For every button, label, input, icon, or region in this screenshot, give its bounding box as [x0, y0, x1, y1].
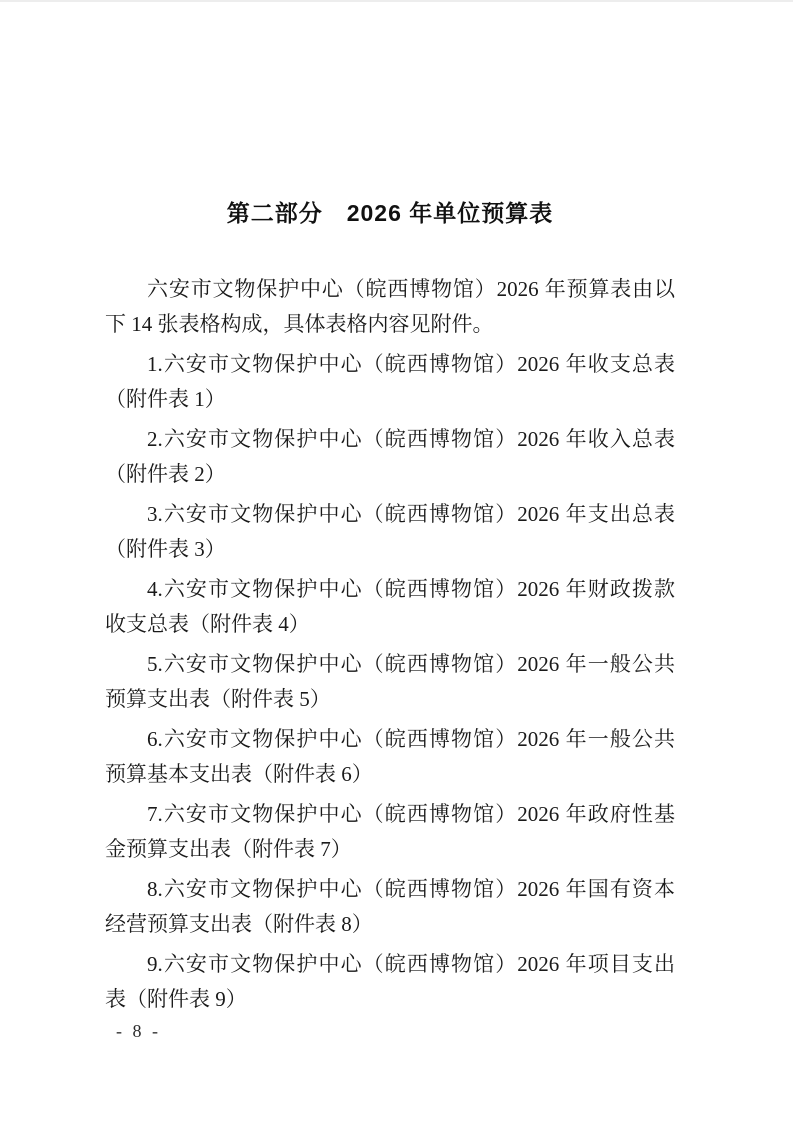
text-line: 表（附件表 9） — [105, 982, 675, 1017]
text-line: 预算支出表（附件表 5） — [105, 682, 675, 717]
text-line: 1.六安市文物保护中心（皖西博物馆）2026 年收支总表 — [105, 347, 675, 382]
list-item-8: 8.六安市文物保护中心（皖西博物馆）2026 年国有资本 经营预算支出表（附件表… — [105, 872, 675, 942]
list-item-3: 3.六安市文物保护中心（皖西博物馆）2026 年支出总表 （附件表 3） — [105, 497, 675, 567]
text-line: 下 14 张表格构成，具体表格内容见附件。 — [105, 307, 675, 342]
text-line: 6.六安市文物保护中心（皖西博物馆）2026 年一般公共 — [105, 722, 675, 757]
page-content: 第二部分 2026 年单位预算表 六安市文物保护中心（皖西博物馆）2026 年预… — [105, 198, 675, 1017]
page-number: - 8 - — [116, 1019, 161, 1043]
document-page: 第二部分 2026 年单位预算表 六安市文物保护中心（皖西博物馆）2026 年预… — [0, 0, 793, 1122]
text-line: 7.六安市文物保护中心（皖西博物馆）2026 年政府性基 — [105, 797, 675, 832]
text-line: 六安市文物保护中心（皖西博物馆）2026 年预算表由以 — [105, 272, 675, 307]
list-item-1: 1.六安市文物保护中心（皖西博物馆）2026 年收支总表 （附件表 1） — [105, 347, 675, 417]
text-line: （附件表 2） — [105, 457, 675, 492]
text-line: 收支总表（附件表 4） — [105, 607, 675, 642]
text-line: 金预算支出表（附件表 7） — [105, 832, 675, 867]
list-item-4: 4.六安市文物保护中心（皖西博物馆）2026 年财政拨款 收支总表（附件表 4） — [105, 572, 675, 642]
text-line: （附件表 3） — [105, 532, 675, 567]
text-line: 8.六安市文物保护中心（皖西博物馆）2026 年国有资本 — [105, 872, 675, 907]
text-line: 经营预算支出表（附件表 8） — [105, 907, 675, 942]
text-line: 3.六安市文物保护中心（皖西博物馆）2026 年支出总表 — [105, 497, 675, 532]
text-line: 2.六安市文物保护中心（皖西博物馆）2026 年收入总表 — [105, 422, 675, 457]
list-item-5: 5.六安市文物保护中心（皖西博物馆）2026 年一般公共 预算支出表（附件表 5… — [105, 647, 675, 717]
section-title: 第二部分 2026 年单位预算表 — [105, 198, 675, 228]
list-item-7: 7.六安市文物保护中心（皖西博物馆）2026 年政府性基 金预算支出表（附件表 … — [105, 797, 675, 867]
list-item-9: 9.六安市文物保护中心（皖西博物馆）2026 年项目支出 表（附件表 9） — [105, 947, 675, 1017]
list-item-6: 6.六安市文物保护中心（皖西博物馆）2026 年一般公共 预算基本支出表（附件表… — [105, 722, 675, 792]
text-line: （附件表 1） — [105, 382, 675, 417]
list-item-2: 2.六安市文物保护中心（皖西博物馆）2026 年收入总表 （附件表 2） — [105, 422, 675, 492]
text-line: 预算基本支出表（附件表 6） — [105, 757, 675, 792]
intro-paragraph: 六安市文物保护中心（皖西博物馆）2026 年预算表由以 下 14 张表格构成，具… — [105, 272, 675, 342]
text-line: 9.六安市文物保护中心（皖西博物馆）2026 年项目支出 — [105, 947, 675, 982]
text-line: 4.六安市文物保护中心（皖西博物馆）2026 年财政拨款 — [105, 572, 675, 607]
text-line: 5.六安市文物保护中心（皖西博物馆）2026 年一般公共 — [105, 647, 675, 682]
